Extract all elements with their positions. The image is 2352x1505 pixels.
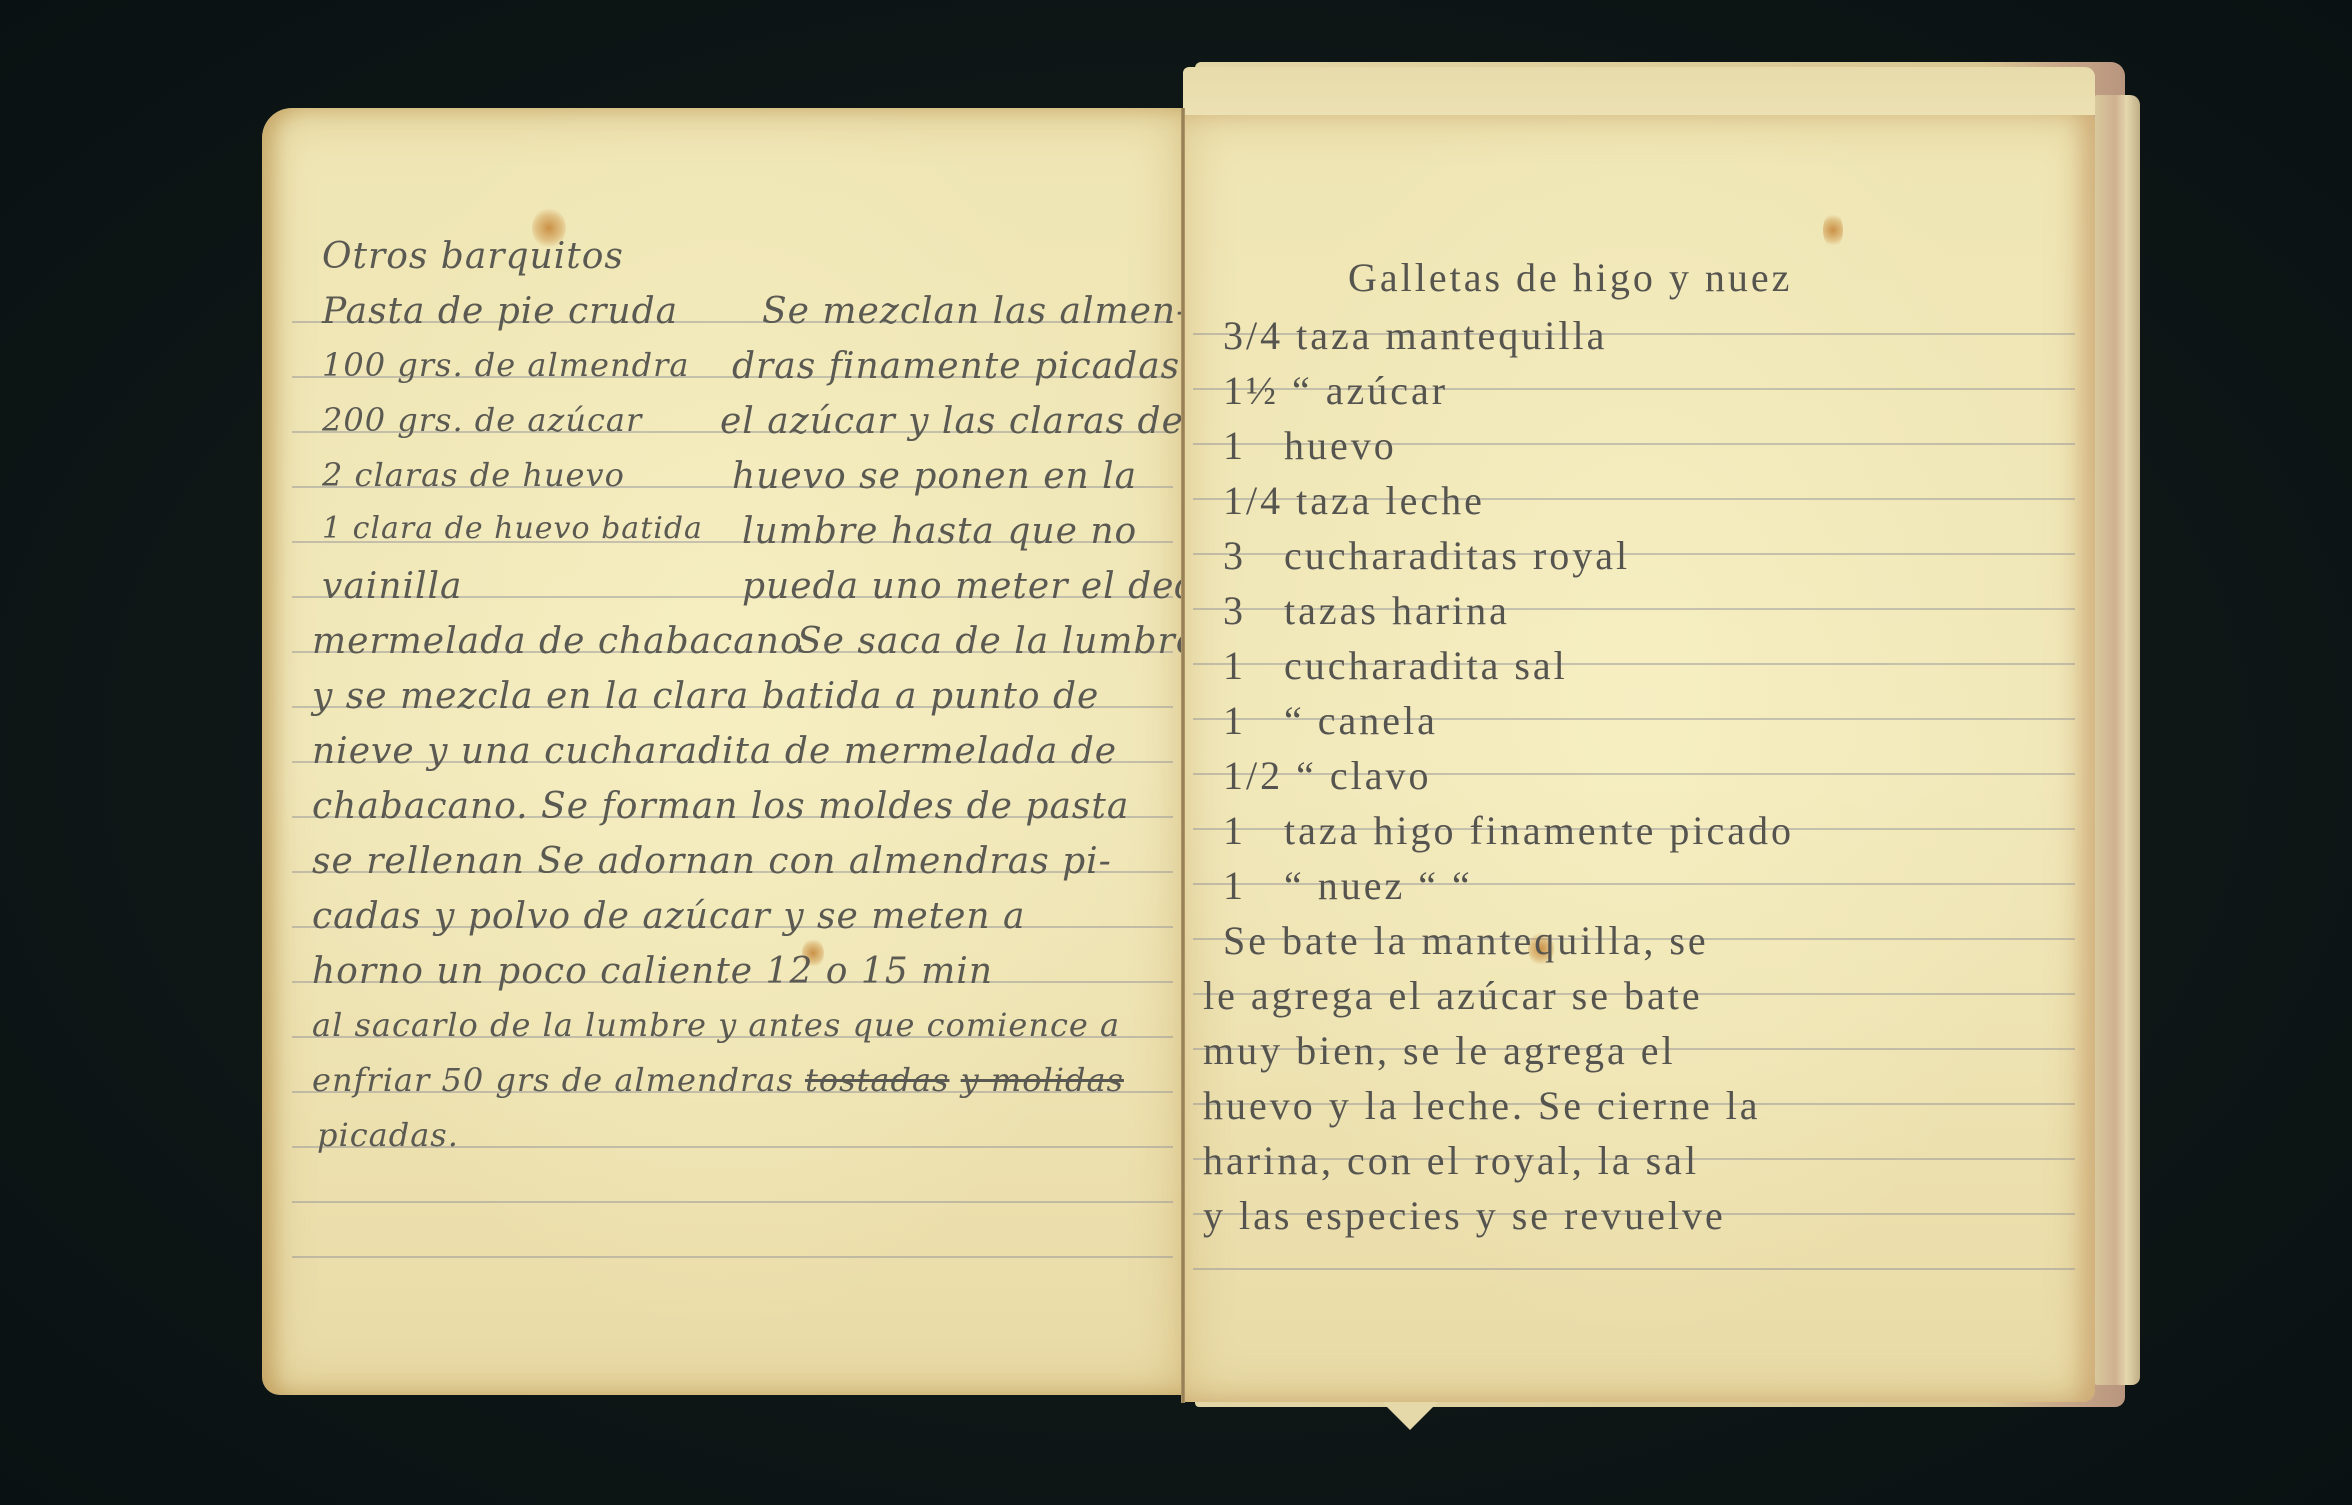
ingredient-text: “ clavo xyxy=(1296,753,1431,798)
ingredient-qty: 1 xyxy=(1223,862,1271,909)
instruction-line: se rellenan Se adornan con almendras pi- xyxy=(312,841,1112,882)
ingredient-text: “ azúcar xyxy=(1292,368,1448,413)
instruction-line: le agrega el azúcar se bate xyxy=(1203,972,1703,1019)
page-top-edge xyxy=(1183,67,2095,115)
ingredient-qty: 1/4 xyxy=(1223,477,1283,524)
instruction-line: y se mezcla en la clara batida a punto d… xyxy=(312,676,1099,717)
ingredient-line: 200 grs. de azúcar xyxy=(322,401,642,439)
ingredient-line: 1 huevo xyxy=(1223,422,1397,469)
ingredient-line: vainilla xyxy=(322,566,463,607)
instruction-line: el azúcar y las claras de xyxy=(720,401,1184,442)
instruction-line: picadas. xyxy=(317,1116,459,1154)
book-spine-gutter xyxy=(1181,108,1185,1403)
ingredient-qty: 1/2 xyxy=(1223,752,1283,799)
open-notebook: Otros barquitos Pasta de pie cruda 100 g… xyxy=(0,0,2352,1505)
ingredient-qty: 1½ xyxy=(1223,367,1279,414)
instruction-text: enfriar 50 grs de almendras xyxy=(312,1061,794,1099)
ingredient-text: cucharaditas royal xyxy=(1284,533,1630,578)
ingredient-qty: 1 xyxy=(1223,807,1271,854)
instruction-line: Se bate la mantequilla, se xyxy=(1223,917,1709,964)
instruction-line: Se saca de la lumbre xyxy=(797,621,1198,662)
ingredient-line: 1 taza higo finamente picado xyxy=(1223,807,1794,854)
instruction-line: harina, con el royal, la sal xyxy=(1203,1137,1699,1184)
ingredient-line: 1 clara de huevo batida xyxy=(322,511,703,546)
ingredient-line: 3 cucharaditas royal xyxy=(1223,532,1630,579)
struck-word: y molidas xyxy=(961,1061,1124,1099)
instruction-line: huevo y la leche. Se cierne la xyxy=(1203,1082,1761,1129)
instruction-line: y las especies y se revuelve xyxy=(1203,1192,1726,1239)
instruction-line: muy bien, se le agrega el xyxy=(1203,1027,1676,1074)
ingredient-line: 1/4 taza leche xyxy=(1223,477,1485,524)
ingredient-line: 3 tazas harina xyxy=(1223,587,1510,634)
recipe-title: Galletas de higo y nuez xyxy=(1348,254,1792,301)
instruction-line: enfriar 50 grs de almendras tostadas y m… xyxy=(312,1061,1124,1099)
ingredient-qty: 1 xyxy=(1223,422,1271,469)
ingredient-line: 1 “ canela xyxy=(1223,697,1438,744)
instruction-line: dras finamente picadas xyxy=(732,346,1180,387)
ingredient-qty: 3/4 xyxy=(1223,312,1283,359)
right-page: Galletas de higo y nuez 3/4 taza mantequ… xyxy=(1183,112,2095,1402)
stain-spot xyxy=(1823,212,1843,248)
instruction-line: lumbre hasta que no xyxy=(742,511,1137,552)
ingredient-text: huevo xyxy=(1284,423,1397,468)
instruction-line: chabacano. Se forman los moldes de pasta xyxy=(312,786,1129,827)
instruction-line: pueda uno meter el dedo xyxy=(742,566,1221,607)
ingredient-line: 3/4 taza mantequilla xyxy=(1223,312,1607,359)
ingredient-text: tazas harina xyxy=(1284,588,1510,633)
page-stack-edge xyxy=(2095,95,2140,1385)
instruction-line: nieve y una cucharadita de mermelada de xyxy=(312,731,1117,772)
ingredient-qty: 1 xyxy=(1223,642,1271,689)
instruction-line: Se mezclan las almen- xyxy=(762,291,1189,332)
ingredient-line: 100 grs. de almendra xyxy=(322,346,689,384)
ingredient-line: 1/2 “ clavo xyxy=(1223,752,1432,799)
recipe-title: Otros barquitos xyxy=(322,236,624,277)
ingredient-text: “ nuez “ “ xyxy=(1284,863,1473,908)
instruction-line: cadas y polvo de azúcar y se meten a xyxy=(312,896,1026,937)
ingredient-line: Pasta de pie cruda xyxy=(322,291,678,332)
ingredient-qty: 3 xyxy=(1223,532,1271,579)
instruction-line: horno un poco caliente 12 o 15 min xyxy=(312,951,993,992)
ingredient-text: “ canela xyxy=(1284,698,1438,743)
ingredient-line: 1½ “ azúcar xyxy=(1223,367,1448,414)
ingredient-line: 1 cucharadita sal xyxy=(1223,642,1568,689)
ingredient-line: mermelada de chabacano xyxy=(312,621,803,662)
ingredient-line: 2 claras de huevo xyxy=(322,456,625,494)
struck-word: tostadas xyxy=(805,1061,949,1099)
instruction-line: al sacarlo de la lumbre y antes que comi… xyxy=(312,1006,1120,1044)
ingredient-qty: 1 xyxy=(1223,697,1271,744)
ingredient-text: taza leche xyxy=(1296,478,1485,523)
instruction-line: huevo se ponen en la xyxy=(732,456,1137,497)
left-page: Otros barquitos Pasta de pie cruda 100 g… xyxy=(262,108,1183,1395)
ingredient-text: taza higo finamente picado xyxy=(1284,808,1794,853)
ingredient-line: 1 “ nuez “ “ xyxy=(1223,862,1473,909)
ingredient-qty: 3 xyxy=(1223,587,1271,634)
ingredient-text: cucharadita sal xyxy=(1284,643,1568,688)
ingredient-text: taza mantequilla xyxy=(1296,313,1607,358)
